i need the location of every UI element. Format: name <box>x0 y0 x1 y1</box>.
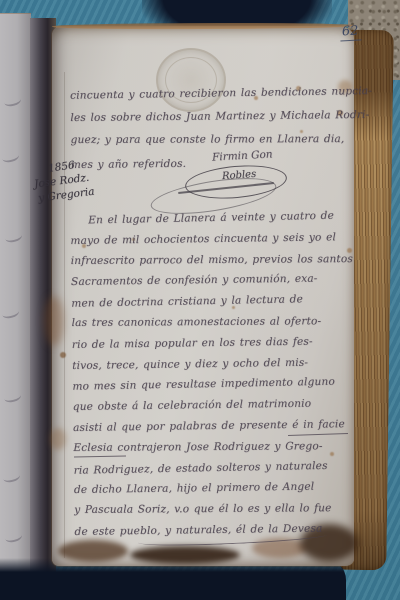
main-entry-line: infraescrito parroco del mismo, previos … <box>71 249 355 272</box>
main-entry-line: y Pascuala Soriz, v.o que él lo es y ell… <box>74 498 358 521</box>
stain <box>50 428 66 450</box>
main-entry: En el lugar de Llanera á veinte y cuatro… <box>70 206 359 543</box>
main-entry-line: las tres canonicas amonestaciones al ofe… <box>72 311 356 334</box>
photograph-of-manuscript: 62 cincuenta y cuatro recibieron las ben… <box>0 0 400 600</box>
stain <box>44 296 64 346</box>
closing-entry-line: cincuenta y cuatro recibieron las bendic… <box>70 80 354 108</box>
foxing-spot <box>60 352 66 358</box>
margin-ruling-line <box>64 72 65 558</box>
stain <box>130 546 240 564</box>
closing-entry-line: guez; y para que conste lo firmo en Llan… <box>71 128 355 152</box>
closing-entry-line: les los sobre dichos Juan Martinez y Mic… <box>70 104 354 130</box>
stain <box>58 540 128 562</box>
page-number: 62 <box>340 23 361 41</box>
